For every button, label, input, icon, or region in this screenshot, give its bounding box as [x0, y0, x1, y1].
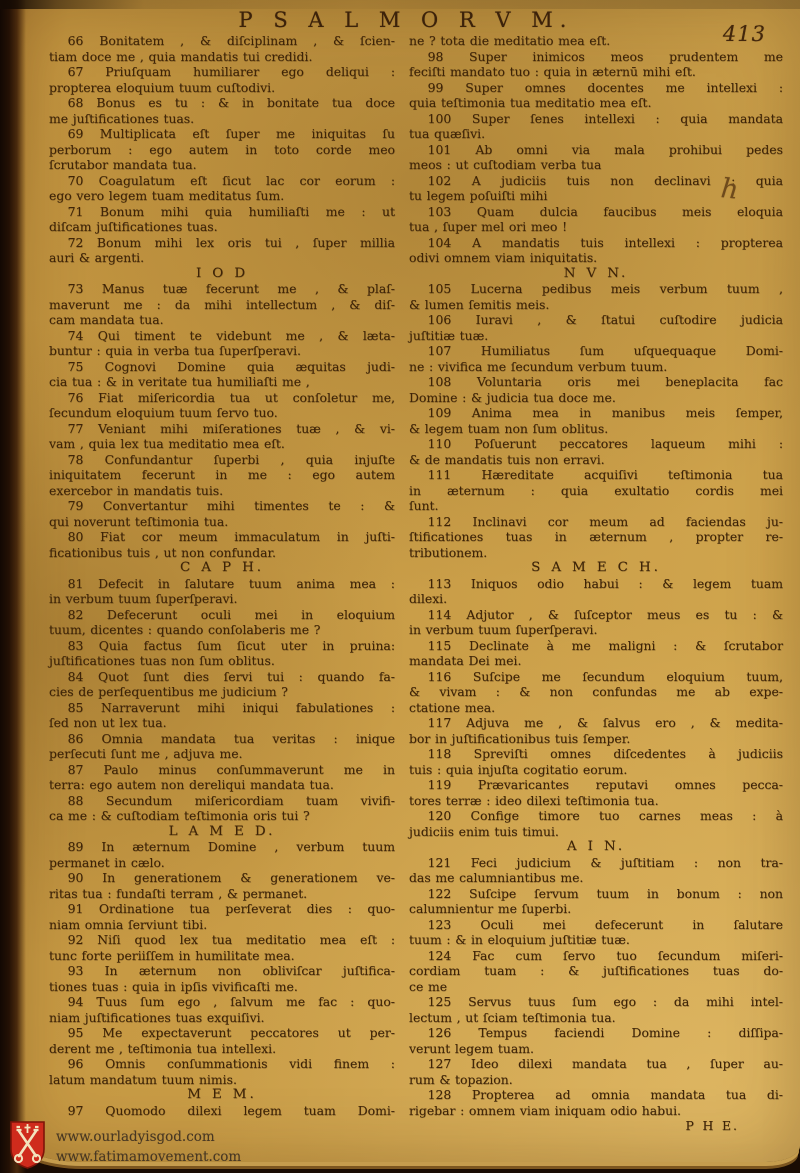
watermark-url-2: www.fatimamovement.com	[56, 1147, 241, 1167]
text-line: judiciis enim tuis timui.	[409, 824, 783, 840]
text-line: rigebar : omnem viam iniquam odio habui.	[409, 1103, 783, 1119]
text-line: odivi omnem viam iniquitatis.	[409, 250, 783, 266]
text-line: ego vero legem tuam meditatus ſum.	[49, 188, 395, 204]
text-line: in æternum : quia exultatio cordis mei	[409, 483, 783, 499]
text-line: 117 Adjuva me , & ſalvus ero , & medita-	[409, 715, 783, 731]
text-line: 78 Confundantur ſuperbi , quia injuſte	[49, 452, 395, 468]
text-line: diſcam juſtificationes tuas.	[49, 219, 395, 235]
text-line: 90 In generationem & generationem ve-	[49, 870, 395, 886]
text-line: 91 Ordinatione tua perſeverat dies : quo…	[49, 901, 395, 917]
section-heading: L A M E D.	[49, 824, 395, 840]
text-line: 71 Bonum mihi quia humiliaſti me : ut	[49, 204, 395, 220]
text-line: 121 Feci judicium & juſtitiam : non tra-	[409, 855, 783, 871]
text-line: 74 Qui timent te videbunt me , & læta-	[49, 328, 395, 344]
text-line: 79 Convertantur mihi timentes te : &	[49, 498, 395, 514]
text-line: 119 Prævaricantes reputavi omnes pecca-	[409, 777, 783, 793]
text-line: 103 Quam dulcia faucibus meis eloquia	[409, 204, 783, 220]
text-line: & lumen ſemitis meis.	[409, 297, 783, 313]
text-line: niam juſtificationes tuas exquiſivi.	[49, 1010, 395, 1026]
text-line: ſunt.	[409, 498, 783, 514]
page-top-edge	[0, 0, 800, 9]
text-line: 123 Oculi mei defecerunt in ſalutare	[409, 917, 783, 933]
text-line: ctatione mea.	[409, 700, 783, 716]
text-line: in verbum tuum ſuperſperavi.	[409, 622, 783, 638]
running-title: P S A L M O R V M.	[12, 8, 800, 32]
text-line: 70 Coagulatum eſt ſicut lac cor eorum :	[49, 173, 395, 189]
text-line: tuum : & in eloquium juſtitiæ tuæ.	[409, 932, 783, 948]
text-line: tuis : quia injuſta cogitatio eorum.	[409, 762, 783, 778]
text-line: 101 Ab omni via mala prohibui pedes	[409, 142, 783, 158]
text-line: cordiam tuam : & juſtificationes tuas do…	[409, 963, 783, 979]
text-line: me juſtificationes tuas.	[49, 111, 395, 127]
text-line: exercebor in mandatis tuis.	[49, 483, 395, 499]
text-line: 118 Spreviſti omnes diſcedentes à judici…	[409, 746, 783, 762]
text-line: 82 Defecerunt oculi mei in eloquium	[49, 607, 395, 623]
text-line: mandata Dei mei.	[409, 653, 783, 669]
text-line: 83 Quia factus ſum ſicut uter in pruina:	[49, 638, 395, 654]
text-line: vam , quia lex tua meditatio mea eſt.	[49, 436, 395, 452]
text-line: 97 Quomodo dilexi legem tuam Domi-	[49, 1103, 395, 1119]
text-line: 124 Fac cum ſervo tuo ſecundum miſeri-	[409, 948, 783, 964]
section-heading: C A P H.	[49, 560, 395, 576]
text-line: 93 In æternum non obliviſcar juſtifica-	[49, 963, 395, 979]
text-line: 108 Voluntaria oris mei beneplacita fac	[409, 374, 783, 390]
text-line: propterea eloquium tuum cuſtodivi.	[49, 80, 395, 96]
text-line: 66 Bonitatem , & diſciplinam , & ſcien-	[49, 33, 395, 49]
text-line: ca me : & cuſtodiam teſtimonia oris tui …	[49, 808, 395, 824]
text-line: 85 Narraverunt mihi iniqui fabulationes …	[49, 700, 395, 716]
text-line: bor in juſtificationibus tuis ſemper.	[409, 731, 783, 747]
text-line: 126 Tempus faciendi Domine : diſſipa-	[409, 1025, 783, 1041]
text-line: ce me	[409, 979, 783, 995]
text-line: 122 Suſcipe ſervum tuum in bonum : non	[409, 886, 783, 902]
text-line: 75 Cognovi Domine quia æquitas judi-	[49, 359, 395, 375]
text-line: das me calumniantibus me.	[409, 870, 783, 886]
text-line: 77 Veniant mihi miſerationes tuæ , & vi-	[49, 421, 395, 437]
text-line: buntur : quia in verba tua ſuperſperavi.	[49, 343, 395, 359]
text-line: in verbum tuum ſuperſperavi.	[49, 591, 395, 607]
text-line: latum mandatum tuum nimis.	[49, 1072, 395, 1088]
book-scan: P S A L M O R V M. 413 66 Bonitatem , & …	[0, 0, 800, 1173]
text-line: tores terræ : ideo dilexi teſtimonia tua…	[409, 793, 783, 809]
section-heading: N V N.	[409, 266, 783, 282]
text-line: ſed non ut lex tua.	[49, 715, 395, 731]
text-line: & de mandatis tuis non erravi.	[409, 452, 783, 468]
text-line: 73 Manus tuæ fecerunt me , & plaſ-	[49, 281, 395, 297]
text-line: 95 Me expectaverunt peccatores ut per-	[49, 1025, 395, 1041]
text-line: 72 Bonum mihi lex oris tui , ſuper milli…	[49, 235, 395, 251]
section-heading: S A M E C H.	[409, 560, 783, 576]
text-line: 116 Suſcipe me ſecundum eloquium tuum,	[409, 669, 783, 685]
section-heading: I O D	[49, 266, 395, 282]
text-line: niam omnia ſerviunt tibi.	[49, 917, 395, 933]
text-line: ne : vivifica me ſecundum verbum tuum.	[409, 359, 783, 375]
text-line: lectum , ut ſciam teſtimonia tua.	[409, 1010, 783, 1026]
text-line: meos : ut cuſtodiam verba tua	[409, 157, 783, 173]
text-line: 111 Hæreditate acquiſivi teſtimonia tua	[409, 467, 783, 483]
text-line: 106 Iuravi , & ſtatui cuſtodire judicia	[409, 312, 783, 328]
watermark-urls: www.ourladyisgod.com www.fatimamovement.…	[56, 1127, 241, 1173]
text-line: 87 Paulo minus conſummaverunt me in	[49, 762, 395, 778]
text-line: 92 Niſi quod lex tua meditatio mea eſt :	[49, 932, 395, 948]
text-line: perſecuti ſunt me , adjuva me.	[49, 746, 395, 762]
text-line: 113 Iniquos odio habui : & legem tuam	[409, 576, 783, 592]
text-line: derent me , teſtimonia tua intellexi.	[49, 1041, 395, 1057]
text-line: cam mandata tua.	[49, 312, 395, 328]
text-line: 99 Super omnes docentes me intellexi :	[409, 80, 783, 96]
text-line: 81 Defecit in ſalutare tuum anima mea :	[49, 576, 395, 592]
text-line: 94 Tuus ſum ego , ſalvum me fac : quo-	[49, 994, 395, 1010]
text-line: ſecundum eloquium tuum ſervo tuo.	[49, 405, 395, 421]
text-line: ritas tua : fundaſti terram , & permanet…	[49, 886, 395, 902]
text-block: 66 Bonitatem , & diſciplinam , & ſcien-t…	[49, 33, 783, 1134]
text-line: Domine : & judicia tua doce me.	[409, 390, 783, 406]
text-line: 105 Lucerna pedibus meis verbum tuum ,	[409, 281, 783, 297]
text-line: dilexi.	[409, 591, 783, 607]
text-line: 84 Quot ſunt dies ſervi tui : quando fa-	[49, 669, 395, 685]
catchword: P H E.	[409, 1118, 783, 1134]
text-line: 120 Confige timore tuo carnes meas : à	[409, 808, 783, 824]
text-line: tua , ſuper mel ori meo !	[409, 219, 783, 235]
text-line: tunc forte periiſſem in humilitate mea.	[49, 948, 395, 964]
text-line: 125 Servus tuus ſum ego : da mihi intel-	[409, 994, 783, 1010]
text-line: rum & topazion.	[409, 1072, 783, 1088]
text-line: 110 Poſuerunt peccatores laqueum mihi :	[409, 436, 783, 452]
text-line: permanet in cælo.	[49, 855, 395, 871]
text-line: perborum : ego autem in toto corde meo	[49, 142, 395, 158]
text-line: auri & argenti.	[49, 250, 395, 266]
text-line: 107 Humiliatus ſum uſquequaque Domi-	[409, 343, 783, 359]
text-line: 112 Inclinavi cor meum ad faciendas ju-	[409, 514, 783, 530]
text-line: 96 Omnis conſummationis vidi finem :	[49, 1056, 395, 1072]
text-line: tiam doce me , quia mandatis tui credidi…	[49, 49, 395, 65]
text-line: 104 A mandatis tuis intellexi : proptere…	[409, 235, 783, 251]
text-line: iniquitatem fecerunt in me : ego autem	[49, 467, 395, 483]
section-heading: A I N.	[409, 839, 783, 855]
handwritten-margin-mark: h	[719, 173, 740, 206]
text-line: ne ? tota die meditatio mea eſt.	[409, 33, 783, 49]
book-binding-edge	[0, 0, 26, 1173]
text-line: tributionem.	[409, 545, 783, 561]
text-line: 67 Priuſquam humiliarer ego deliqui :	[49, 64, 395, 80]
section-heading: M E M.	[49, 1087, 395, 1103]
text-line: cies de perſequentibus me judicium ?	[49, 684, 395, 700]
text-line: tuum, dicentes : quando conſolaberis me …	[49, 622, 395, 638]
text-line: 89 In æternum Domine , verbum tuum	[49, 839, 395, 855]
watermark-url-1: www.ourladyisgod.com	[56, 1127, 241, 1147]
text-line: 128 Propterea ad omnia mandata tua di-	[409, 1087, 783, 1103]
text-line: 115 Declinate à me maligni : & ſcrutabor	[409, 638, 783, 654]
papal-keys-shield-icon	[9, 1120, 46, 1170]
text-line: ficationibus tuis , ut non confundar.	[49, 545, 395, 561]
text-line: juſtitiæ tuæ.	[409, 328, 783, 344]
text-line: calumnientur me ſuperbi.	[409, 901, 783, 917]
text-line: 100 Super ſenes intellexi : quia mandata	[409, 111, 783, 127]
left-column: 66 Bonitatem , & diſciplinam , & ſcien-t…	[49, 33, 395, 1134]
text-line: & legem tuam non ſum oblitus.	[409, 421, 783, 437]
text-line: ſcrutabor mandata tua.	[49, 157, 395, 173]
text-line: 80 Fiat cor meum immaculatum in juſti-	[49, 529, 395, 545]
text-line: juſtificationes tuas non ſum oblitus.	[49, 653, 395, 669]
text-line: 68 Bonus es tu : & in bonitate tua doce	[49, 95, 395, 111]
text-line: 114 Adjutor , & ſuſceptor meus es tu : &	[409, 607, 783, 623]
text-line: tiones tuas : quia in ipſis vivificaſti …	[49, 979, 395, 995]
text-line: terra: ego autem non dereliqui mandata t…	[49, 777, 395, 793]
text-line: 76 Fiat miſericordia tua ut conſoletur m…	[49, 390, 395, 406]
text-line: qui noverunt teſtimonia tua.	[49, 514, 395, 530]
text-line: verunt legem tuam.	[409, 1041, 783, 1057]
text-line: quia teſtimonia tua meditatio mea eſt.	[409, 95, 783, 111]
text-line: feciſti mandato tuo : quia in æternū mih…	[409, 64, 783, 80]
text-line: cia tua : & in veritate tua humiliaſti m…	[49, 374, 395, 390]
text-line: 98 Super inimicos meos prudentem me	[409, 49, 783, 65]
text-line: tua quæſivi.	[409, 126, 783, 142]
text-line: & vivam : & non confundas me ab expe-	[409, 684, 783, 700]
text-line: 69 Multiplicata eſt ſuper me iniquitas ſ…	[49, 126, 395, 142]
text-line: 88 Secundum miſericordiam tuam vivifi-	[49, 793, 395, 809]
book-page: P S A L M O R V M. 413 66 Bonitatem , & …	[12, 0, 800, 1162]
text-line: 86 Omnia mandata tua veritas : inique	[49, 731, 395, 747]
text-line: maverunt me : da mihi intellectum , & di…	[49, 297, 395, 313]
text-line: 127 Ideo dilexi mandata tua , ſuper au-	[409, 1056, 783, 1072]
text-line: 109 Anima mea in manibus meis ſemper,	[409, 405, 783, 421]
text-line: ſtificationes tuas in æternum , propter …	[409, 529, 783, 545]
watermark: www.ourladyisgod.com www.fatimamovement.…	[9, 1120, 241, 1173]
